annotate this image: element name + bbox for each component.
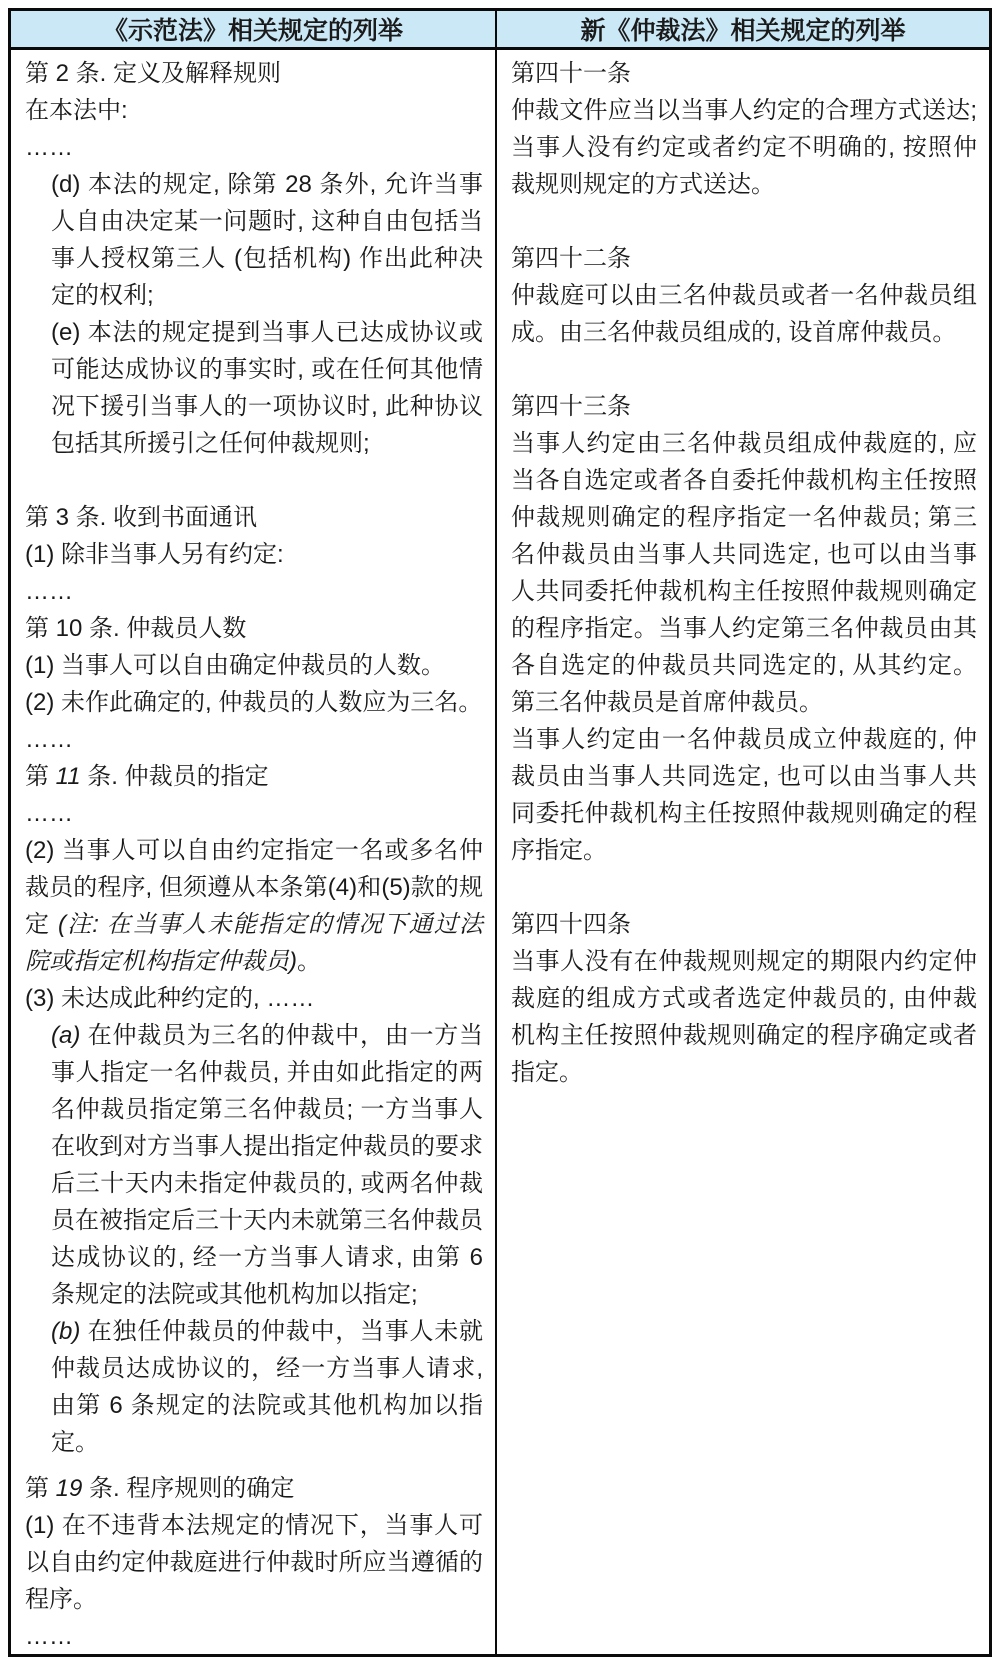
paragraph: …… — [25, 129, 483, 166]
header-arbitration-law-column: 新《仲裁法》相关规定的列举 — [497, 11, 989, 47]
paragraph: 第四十四条 — [511, 906, 977, 943]
paragraph: (1) 当事人可以自由确定仲裁员的人数。 — [25, 647, 483, 684]
paragraph: (d) 本法的规定, 除第 28 条外, 允许当事人自由决定某一问题时, 这种自… — [25, 166, 483, 314]
paragraph: (3) 未达成此种约定的, …… — [25, 980, 483, 1017]
paragraph: 第 2 条. 定义及解释规则 — [25, 55, 483, 92]
italic-text-run: (注: 在当事人未能指定的情况下通过法院或指定机构指定仲裁员) — [25, 911, 483, 975]
paragraph: 仲裁文件应当以当事人约定的合理方式送达; 当事人没有约定或者约定不明确的, 按照… — [511, 92, 977, 203]
text-run: 在仲裁员为三名的仲裁中，由一方当事人指定一名仲裁员, 并由如此指定的两名仲裁员指… — [51, 1022, 483, 1308]
paragraph: 当事人没有在仲裁规则规定的期限内约定仲裁庭的组成方式或者选定仲裁员的, 由仲裁机… — [511, 943, 977, 1091]
arbitration-law-cell: 第四十一条仲裁文件应当以当事人约定的合理方式送达; 当事人没有约定或者约定不明确… — [497, 50, 989, 1654]
text-run: …… — [25, 726, 73, 753]
italic-text-run: 11 — [56, 763, 81, 790]
text-run: 仲裁庭可以由三名仲裁员或者一名仲裁员组成。由三名仲裁员组成的, 设首席仲裁员。 — [511, 282, 977, 346]
paragraph: (e) 本法的规定提到当事人已达成协议或可能达成协议的事实时, 或在任何其他情况… — [25, 314, 483, 462]
text-run: 在本法中: — [25, 97, 128, 124]
italic-text-run: (a) — [51, 1022, 80, 1049]
text-run: 第 — [25, 763, 56, 790]
text-run: 条. 仲裁员的指定 — [81, 763, 269, 790]
paragraph: 第 11 条. 仲裁员的指定 — [25, 758, 483, 795]
text-run: 仲裁文件应当以当事人约定的合理方式送达; 当事人没有约定或者约定不明确的, 按照… — [511, 97, 977, 198]
text-run: (2) 未作此确定的, 仲裁员的人数应为三名。 — [25, 689, 482, 716]
header-model-law-column: 《示范法》相关规定的列举 — [11, 11, 497, 47]
paragraph: 当事人约定由三名仲裁员组成仲裁庭的, 应当各自选定或者各自委托仲裁机构主任按照仲… — [511, 425, 977, 721]
paragraph: (b) 在独任仲裁员的仲裁中，当事人未就仲裁员达成协议的，经一方当事人请求, 由… — [25, 1313, 483, 1461]
text-run: (3) 未达成此种约定的, …… — [25, 985, 314, 1012]
paragraph: (a) 在仲裁员为三名的仲裁中，由一方当事人指定一名仲裁员, 并由如此指定的两名… — [25, 1017, 483, 1313]
table-header-row: 《示范法》相关规定的列举 新《仲裁法》相关规定的列举 — [11, 11, 989, 50]
paragraph: …… — [25, 795, 483, 832]
text-run: 在独任仲裁员的仲裁中，当事人未就仲裁员达成协议的，经一方当事人请求, 由第 6 … — [51, 1318, 483, 1456]
text-run: 第四十四条 — [511, 911, 631, 938]
text-run: …… — [25, 578, 73, 605]
model-law-cell: 第 2 条. 定义及解释规则在本法中:……(d) 本法的规定, 除第 28 条外… — [11, 50, 497, 1654]
text-run: 第四十二条 — [511, 245, 631, 272]
paragraph: (1) 除非当事人另有约定: — [25, 536, 483, 573]
text-run: 第 10 条. 仲裁员人数 — [25, 615, 246, 642]
italic-text-run: 19 — [56, 1475, 83, 1502]
paragraph: 当事人约定由一名仲裁员成立仲裁庭的, 仲裁员由当事人共同选定, 也可以由当事人共… — [511, 721, 977, 869]
paragraph: (1) 在不违背本法规定的情况下，当事人可以自由约定仲裁庭进行仲裁时所应当遵循的… — [25, 1507, 483, 1618]
paragraph: (2) 当事人可以自由约定指定一名或多名仲裁员的程序, 但须遵从本条第(4)和(… — [25, 832, 483, 980]
paragraph: …… — [25, 1618, 483, 1654]
table-body-row: 第 2 条. 定义及解释规则在本法中:……(d) 本法的规定, 除第 28 条外… — [11, 50, 989, 1654]
text-run: 第四十一条 — [511, 60, 631, 87]
paragraph: …… — [25, 573, 483, 610]
text-run: 第 3 条. 收到书面通讯 — [25, 504, 257, 531]
text-run: …… — [25, 1623, 73, 1650]
paragraph: 第 19 条. 程序规则的确定 — [25, 1470, 483, 1507]
text-run: 当事人约定由三名仲裁员组成仲裁庭的, 应当各自选定或者各自委托仲裁机构主任按照仲… — [511, 430, 977, 716]
paragraph: 第四十一条 — [511, 55, 977, 92]
italic-text-run: (b) — [51, 1318, 80, 1345]
paragraph: 第四十三条 — [511, 388, 977, 425]
paragraph: …… — [25, 721, 483, 758]
comparison-table: 《示范法》相关规定的列举 新《仲裁法》相关规定的列举 第 2 条. 定义及解释规… — [8, 8, 992, 1657]
text-run: 第 2 条. 定义及解释规则 — [25, 60, 281, 87]
paragraph: 仲裁庭可以由三名仲裁员或者一名仲裁员组成。由三名仲裁员组成的, 设首席仲裁员。 — [511, 277, 977, 351]
text-run: …… — [25, 134, 73, 161]
text-run: …… — [25, 800, 73, 827]
paragraph: 第 10 条. 仲裁员人数 — [25, 610, 483, 647]
text-run: (1) 当事人可以自由确定仲裁员的人数。 — [25, 652, 445, 679]
text-run: 当事人约定由一名仲裁员成立仲裁庭的, 仲裁员由当事人共同选定, 也可以由当事人共… — [511, 726, 977, 864]
text-run: 第四十三条 — [511, 393, 631, 420]
text-run: (1) 在不违背本法规定的情况下，当事人可以自由约定仲裁庭进行仲裁时所应当遵循的… — [25, 1512, 483, 1613]
text-run: (1) 除非当事人另有约定: — [25, 541, 284, 568]
paragraph: (2) 未作此确定的, 仲裁员的人数应为三名。 — [25, 684, 483, 721]
document-page: 《示范法》相关规定的列举 新《仲裁法》相关规定的列举 第 2 条. 定义及解释规… — [0, 0, 1000, 1665]
paragraph: 第 3 条. 收到书面通讯 — [25, 499, 483, 536]
text-run: 当事人没有在仲裁规则规定的期限内约定仲裁庭的组成方式或者选定仲裁员的, 由仲裁机… — [511, 948, 977, 1086]
text-run: 。 — [297, 948, 321, 975]
paragraph: 在本法中: — [25, 92, 483, 129]
text-run: (d) 本法的规定, 除第 28 条外, 允许当事人自由决定某一问题时, 这种自… — [51, 171, 483, 309]
text-run: 条. 程序规则的确定 — [82, 1475, 294, 1502]
paragraph: 第四十二条 — [511, 240, 977, 277]
text-run: (e) 本法的规定提到当事人已达成协议或可能达成协议的事实时, 或在任何其他情况… — [51, 319, 483, 457]
text-run: 第 — [25, 1475, 56, 1502]
